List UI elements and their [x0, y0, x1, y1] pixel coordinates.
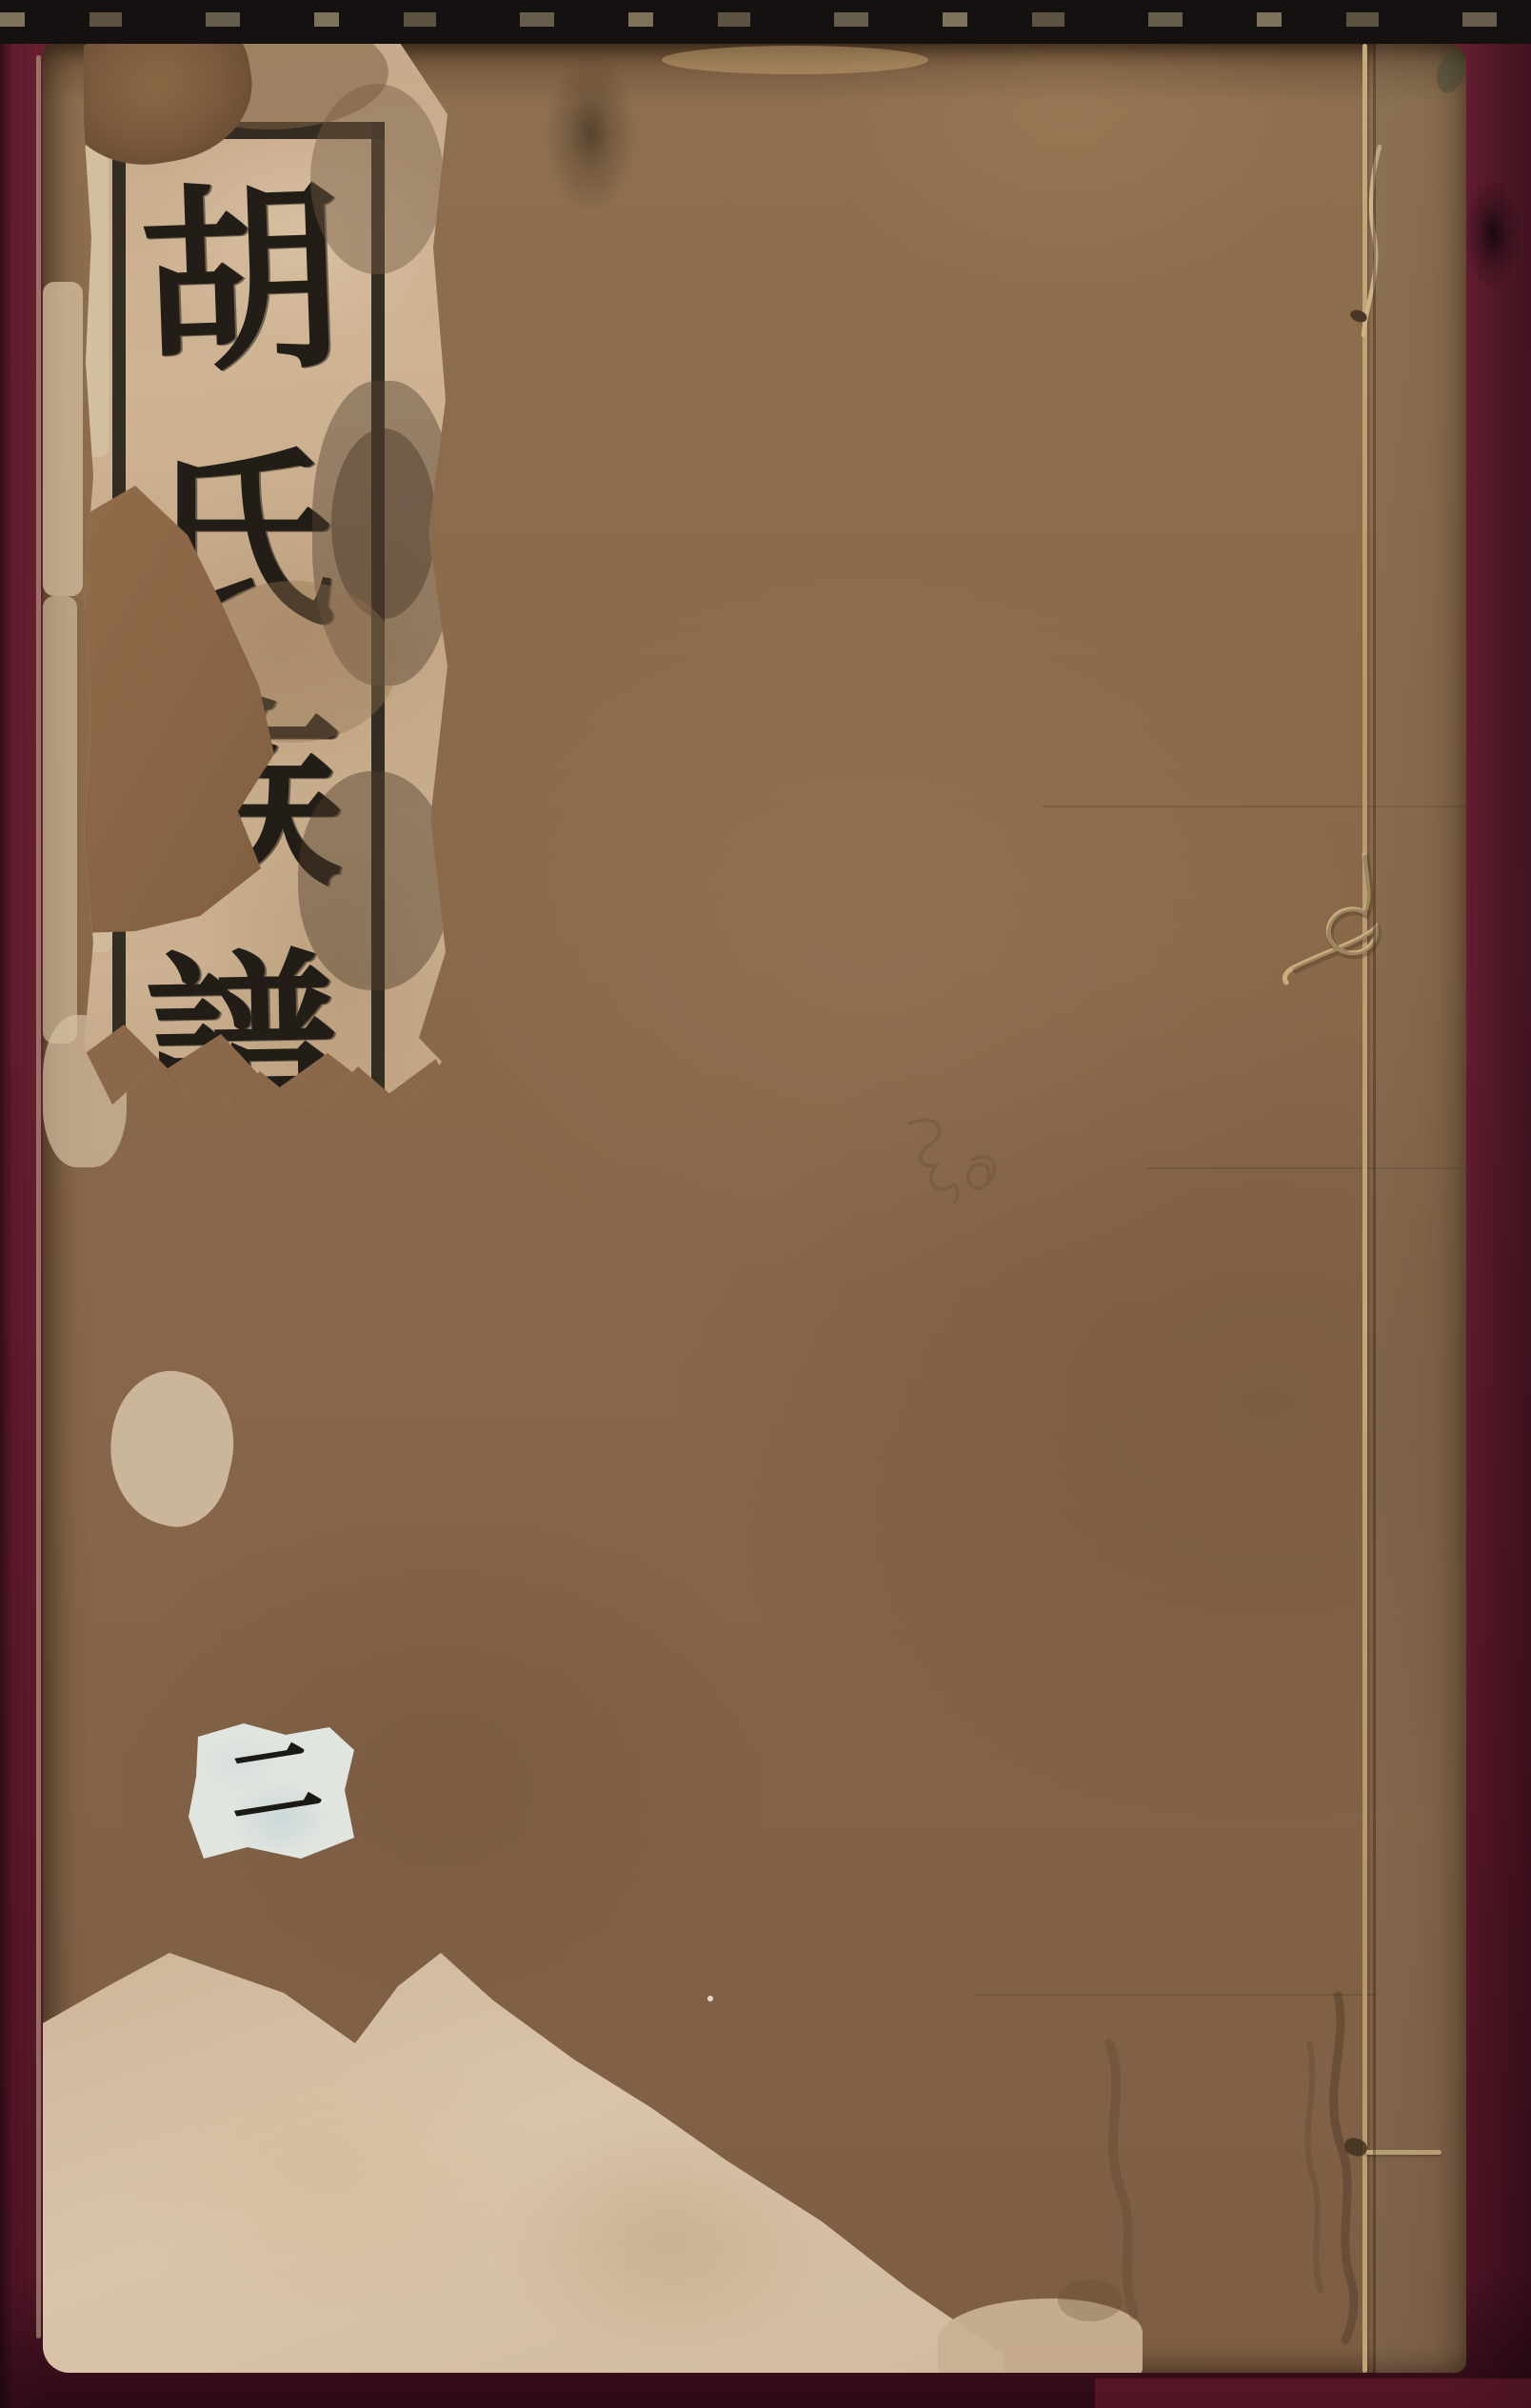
book-left-edge-highlight	[36, 55, 41, 2338]
label-light-strip	[84, 143, 109, 457]
scanned-book-photo: 胡 氏 族 譜 二	[0, 0, 1531, 2408]
label-stain	[331, 428, 436, 619]
label-stain	[298, 771, 450, 990]
faint-ink-scribble	[881, 1103, 1071, 1264]
background-dark-smudge	[1463, 176, 1522, 290]
worn-corner-bottom-left	[43, 1934, 1004, 2373]
worn-patch-left	[93, 1360, 250, 1538]
worn-edge-strip	[43, 596, 77, 1044]
worn-edge-strip	[43, 282, 83, 596]
book-cover: 胡 氏 族 譜 二	[43, 44, 1466, 2373]
title-character-4: 譜	[128, 948, 353, 1143]
stain-top-tan-band	[662, 46, 928, 74]
volume-number: 二	[209, 1728, 340, 1839]
title-label: 胡 氏 族 譜	[84, 44, 450, 1177]
stain-top-dark-blob	[546, 51, 636, 213]
volume-label: 二	[189, 1723, 354, 1859]
background-bright-band	[1095, 2378, 1531, 2408]
scan-top-edge-black-strip	[0, 0, 1531, 44]
label-stain	[310, 84, 444, 274]
spine-crease-line	[1373, 44, 1376, 2373]
paper-speck	[707, 1996, 713, 2001]
worn-spine-specks	[0, 12, 1531, 27]
binding-thread	[1362, 44, 1367, 2373]
spine-fold-band	[1376, 44, 1466, 2373]
torn-patch-top-left	[49, 44, 264, 178]
